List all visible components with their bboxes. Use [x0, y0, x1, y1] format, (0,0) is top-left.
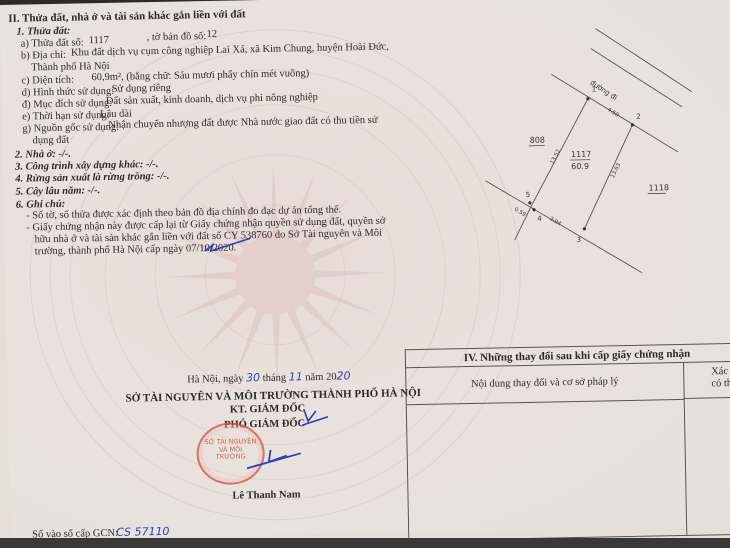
parcel-diagram: đường đi 1 2 3 4 5 4.50 13.52 13.63 3.94…: [440, 11, 730, 277]
initials-mark: [202, 236, 252, 255]
changes-table-body: [407, 400, 688, 540]
parcel-number: 1117: [89, 35, 109, 48]
point-1: 1: [592, 86, 597, 94]
point-2: 2: [636, 113, 641, 121]
edge-1-2: 4.50: [606, 107, 620, 119]
address-line1: Khu đất dịch vụ cụm công nghiệp Lai Xá, …: [71, 42, 389, 61]
date-line: Hà Nội, ngày 30 tháng 11 năm 2020: [187, 370, 351, 387]
title-kt-director: KT. GIÁM ĐỐC: [230, 403, 306, 415]
changes-table: IV. Những thay đổi sau khi cấp giấy chứn…: [405, 342, 730, 541]
date-month: 11: [289, 370, 303, 383]
date-prefix: Hà Nội, ngày: [187, 373, 243, 385]
edge-1-5: 13.52: [550, 149, 562, 166]
parcel-area-label: 60.9: [571, 162, 589, 171]
signer-name: Lê Thanh Nam: [232, 489, 300, 501]
edge-2-3: 13.63: [610, 162, 623, 179]
date-year: 20: [336, 369, 350, 382]
map-sheet-label: , tờ bản đồ số:: [147, 31, 207, 45]
signature-mark: [241, 447, 311, 472]
area-value: 60,9m², (bằng chữ: Sáu mươi phẩy chín mé…: [91, 68, 309, 85]
edge-4-5: 0.59: [513, 207, 527, 219]
forest-item: 4. Rừng sản xuất là rừng trồng: -/-.: [15, 171, 169, 186]
column-confirmation-line1: Xác nhận củ: [711, 365, 730, 378]
year-label: năm 20: [305, 372, 336, 384]
initial-signature: [300, 407, 330, 430]
month-label: tháng: [263, 373, 287, 384]
map-sheet-number: 12: [206, 29, 217, 42]
parcel-number-label: 1117: [571, 150, 592, 159]
photo-bottom-edge: [0, 538, 730, 548]
certificate-page: II. Thửa đất, nhà ở và tài sản khác gắn …: [0, 0, 730, 540]
column-confirmation-line2: có thẩm c: [711, 377, 730, 390]
point-3: 3: [577, 236, 582, 244]
neighbor-1118: 1118: [649, 183, 670, 192]
perennial-item: 5. Cây lâu năm: -/-.: [15, 185, 100, 199]
origin-label: g) Nguồn gốc sử dụng:: [22, 122, 119, 136]
date-day: 30: [246, 371, 260, 384]
column-confirmation: Xác nhận củ có thẩm c: [683, 361, 730, 399]
column-content-changes: Nội dung thay đổi và cơ sở pháp lý: [406, 363, 685, 405]
point-5: 5: [526, 191, 531, 199]
section-title: II. Thửa đất, nhà ở và tài sản khác gắn …: [8, 8, 246, 25]
origin-value-line1: Nhận chuyển nhượng đất được Nhà nước gia…: [108, 115, 377, 133]
edge-3-4: 3.94: [548, 216, 562, 228]
point-4: 4: [537, 215, 542, 223]
agency-name: SỞ TÀI NGUYÊN VÀ MÔI TRƯỜNG THÀNH PHỐ HÀ…: [125, 387, 421, 405]
neighbor-808: 808: [530, 136, 545, 145]
purpose-value: Đất sản xuất, kinh doanh, dịch vụ phi nô…: [106, 92, 318, 109]
origin-value-line2: dụng đất: [33, 135, 70, 148]
